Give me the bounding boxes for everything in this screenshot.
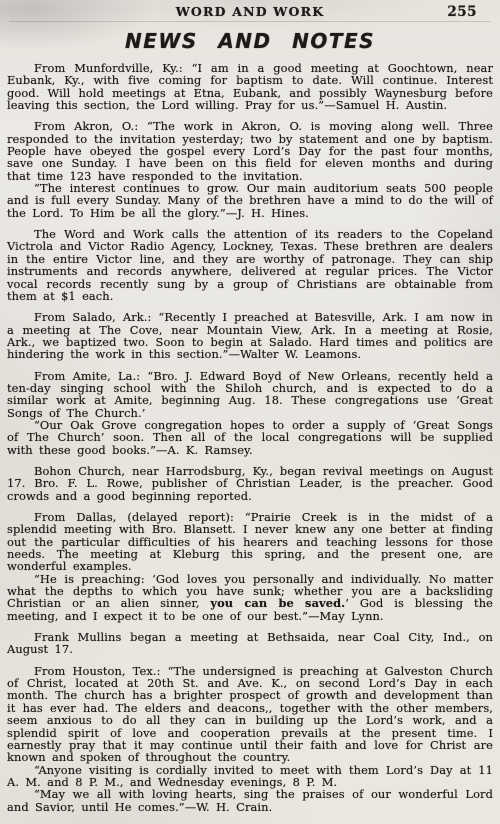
news-notes-body: From Munfordville, Ky.: “I am in a good …	[7, 62, 493, 813]
body-text: From Munfordville, Ky.: “I am in a good …	[7, 61, 493, 112]
section-title: NEWS AND NOTES	[7, 29, 493, 53]
news-item-continuation: “He is preaching: ‘God loves you persona…	[7, 573, 493, 622]
news-item-continuation: “Anyone visiting is cordially invited to…	[7, 764, 493, 789]
body-text: From Houston, Tex.: “The undersigned is …	[7, 664, 493, 764]
news-item-continuation: “May we all with loving hearts, sing the…	[7, 788, 493, 813]
body-text: The Word and Work calls the attention of…	[7, 227, 493, 303]
body-text: From Dallas, (delayed report): “Prairie …	[7, 510, 493, 573]
news-item-paragraph: From Dallas, (delayed report): “Prairie …	[7, 511, 493, 573]
news-item-paragraph: The Word and Work calls the attention of…	[7, 228, 493, 302]
body-text: Bohon Church, near Harrodsburg, Ky., beg…	[7, 464, 493, 503]
body-text: “Anyone visiting is cordially invited to…	[7, 763, 493, 789]
running-head: WORD AND WORK 255	[9, 4, 491, 22]
news-item-continuation: “Our Oak Grove congregation hopes to ord…	[7, 419, 493, 456]
news-item-paragraph: Bohon Church, near Harrodsburg, Ky., beg…	[7, 465, 493, 502]
news-item-paragraph: From Amite, La.: “Bro. J. Edward Boyd of…	[7, 370, 493, 419]
news-item-paragraph: From Salado, Ark.: “Recently I preached …	[7, 311, 493, 360]
news-item-paragraph: From Akron, O.: “The work in Akron, O. i…	[7, 120, 493, 182]
body-text: From Akron, O.: “The work in Akron, O. i…	[7, 119, 493, 182]
news-item-paragraph: From Munfordville, Ky.: “I am in a good …	[7, 62, 493, 111]
body-text: Frank Mullins began a meeting at Bethsai…	[7, 630, 493, 656]
body-text: “Our Oak Grove congregation hopes to ord…	[7, 418, 493, 457]
journal-title: WORD AND WORK	[9, 4, 491, 19]
news-item-continuation: “The interest continues to grow. Our mai…	[7, 182, 493, 219]
body-text: From Salado, Ark.: “Recently I preached …	[7, 310, 493, 361]
body-text: “The interest continues to grow. Our mai…	[7, 181, 493, 220]
body-text: From Amite, La.: “Bro. J. Edward Boyd of…	[7, 369, 493, 420]
body-text: “May we all with loving hearts, sing the…	[7, 787, 493, 813]
page-number: 255	[447, 4, 477, 20]
news-item-paragraph: Frank Mullins began a meeting at Bethsai…	[7, 631, 493, 656]
news-item-paragraph: From Houston, Tex.: “The undersigned is …	[7, 665, 493, 764]
scanned-page: WORD AND WORK 255 NEWS AND NOTES From Mu…	[0, 0, 500, 824]
